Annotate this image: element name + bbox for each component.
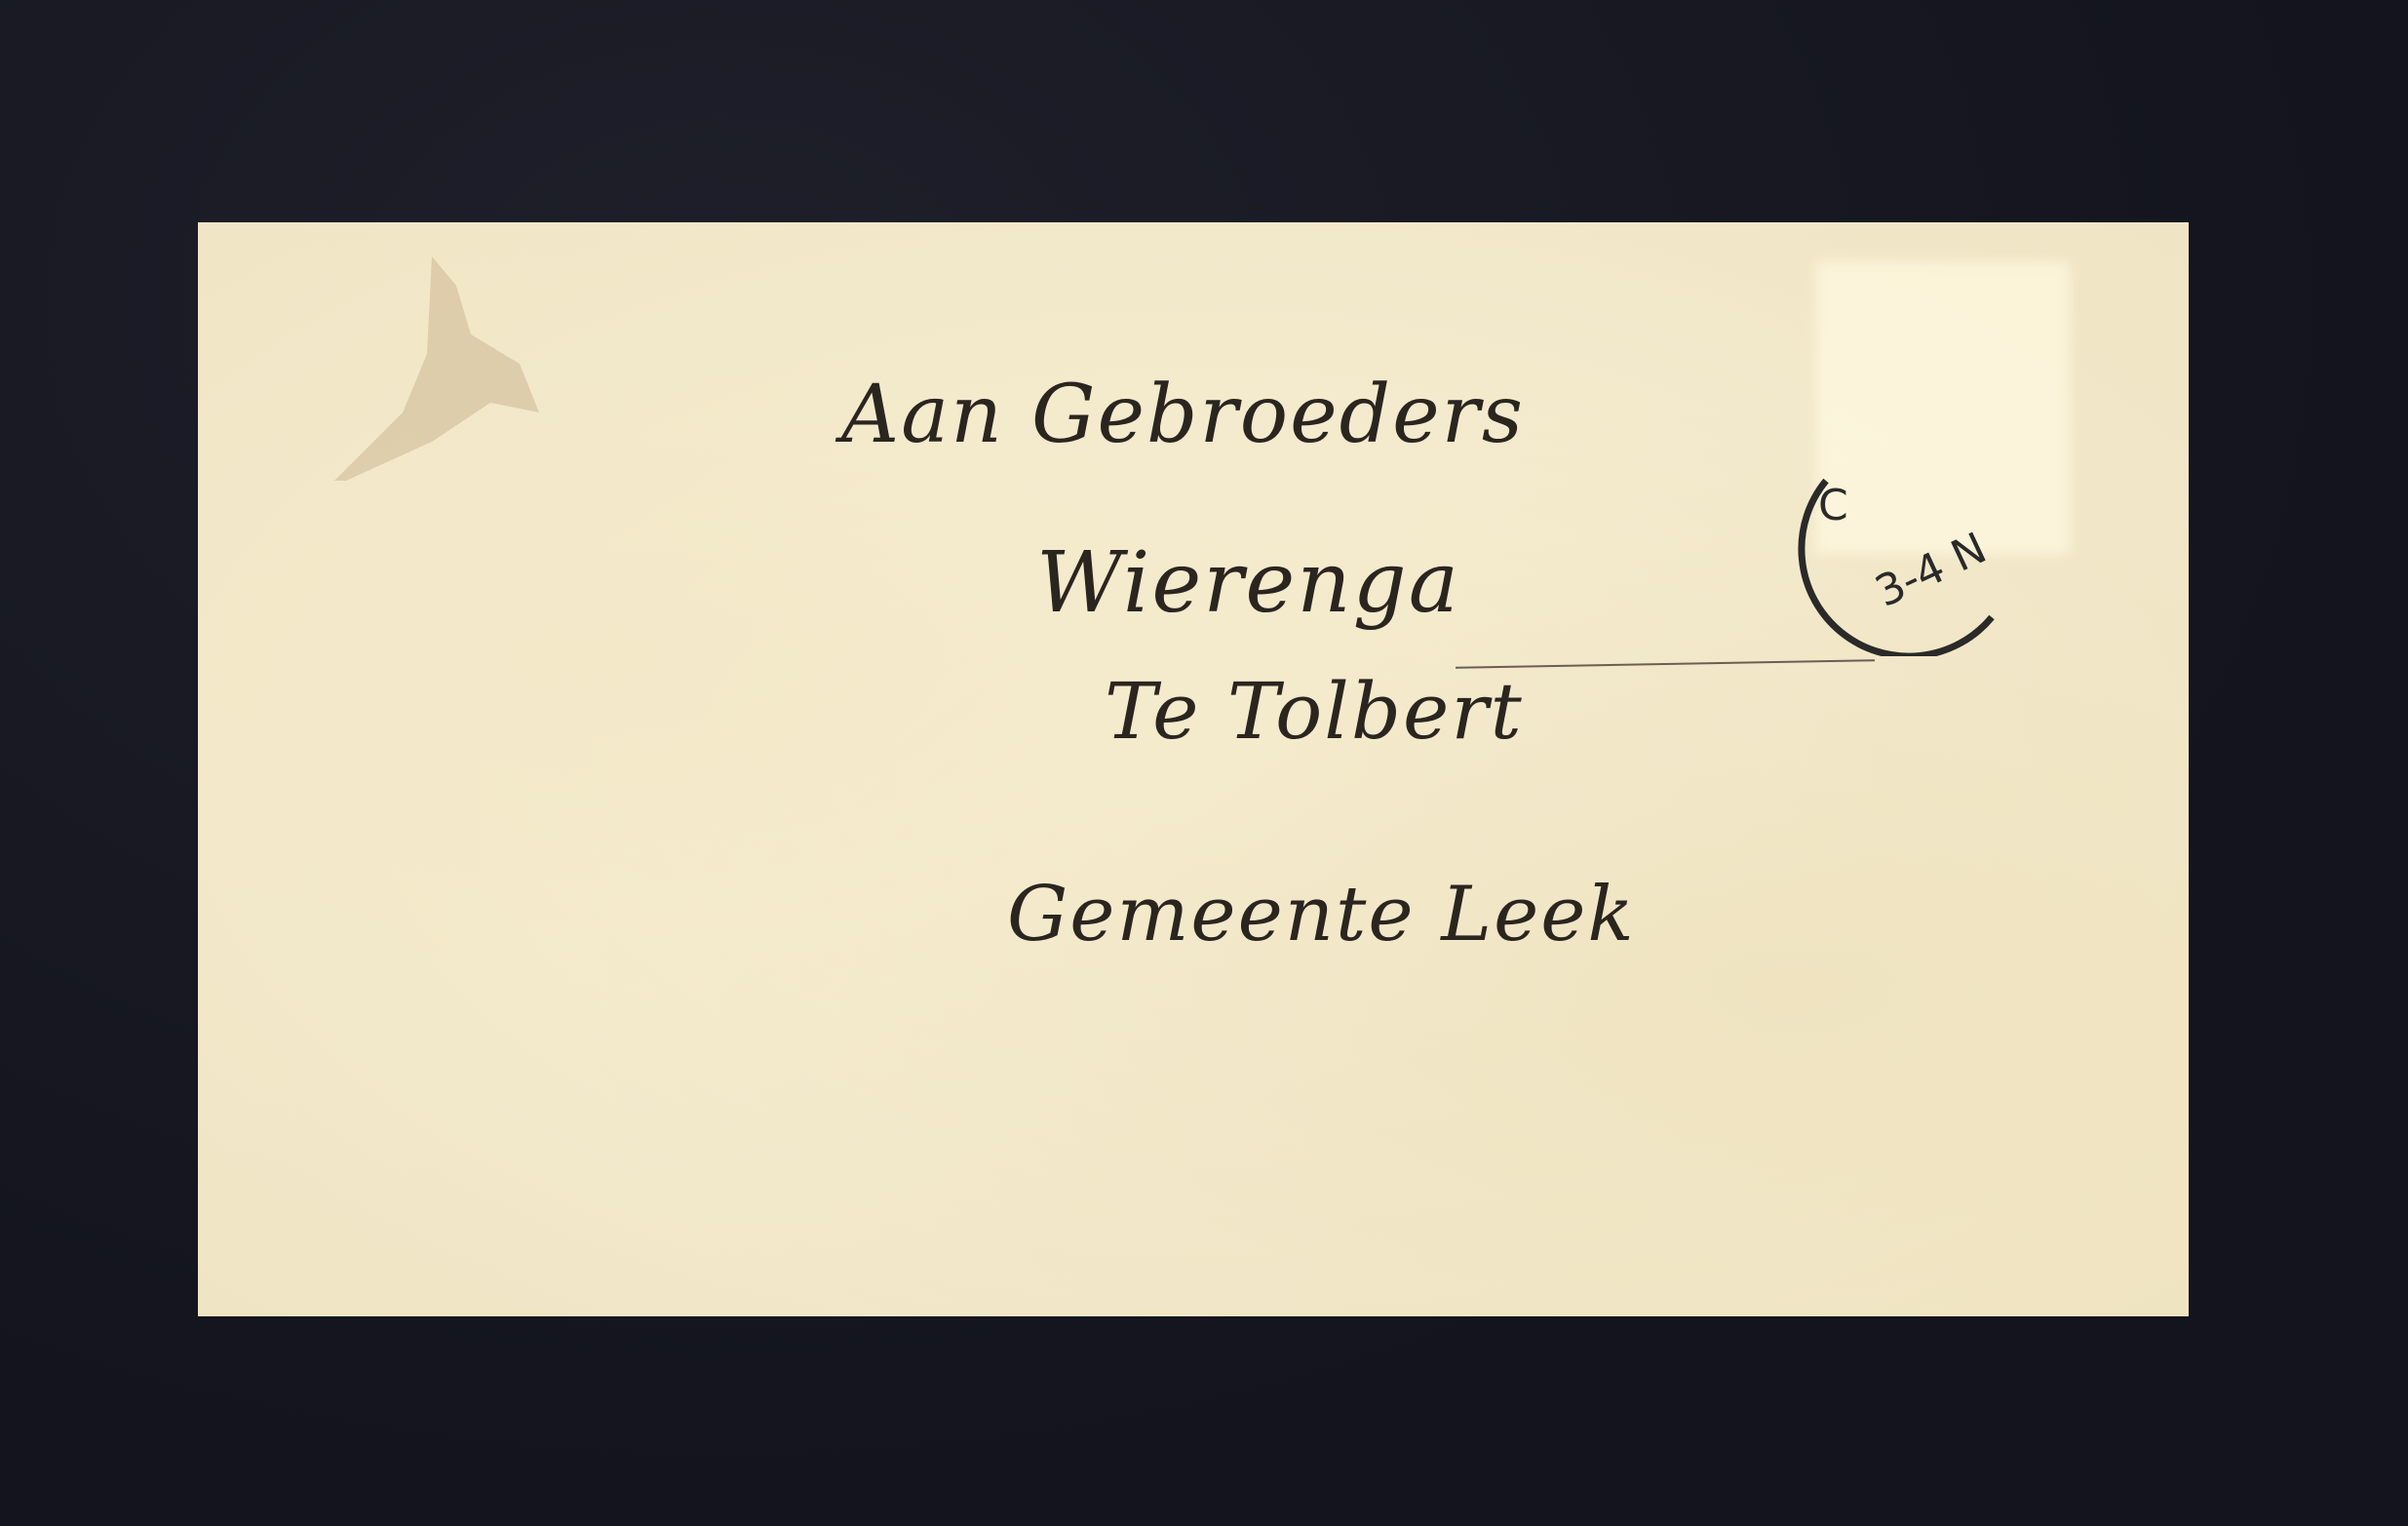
address-line-3: Te Tolbert [1105, 666, 1524, 757]
postmark-date: 3-4 N [1868, 524, 1994, 617]
water-stain [286, 247, 598, 481]
address-line-4: Gemeente Leek [1007, 871, 1636, 959]
address-panel: Aan Gebroeders Wierenga Te Tolbert Gemee… [198, 222, 2189, 1316]
postmark-partial-top: C [1818, 481, 1848, 530]
postmark: C 3-4 N [1797, 461, 2050, 656]
address-line-1: Aan Gebroeders [841, 369, 1525, 461]
address-underline [1456, 659, 1875, 669]
envelope-border: Aan Gebroeders Wierenga Te Tolbert Gemee… [0, 0, 2408, 1526]
address-line-2: Wierenga [1036, 534, 1460, 632]
